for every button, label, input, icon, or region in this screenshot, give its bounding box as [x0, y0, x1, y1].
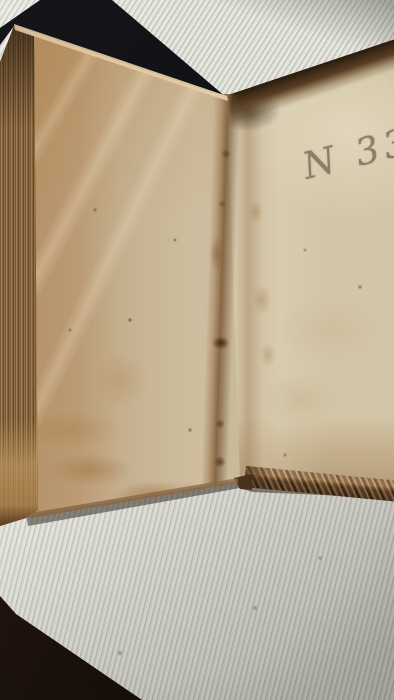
book-photo: N 33 [0, 0, 394, 700]
